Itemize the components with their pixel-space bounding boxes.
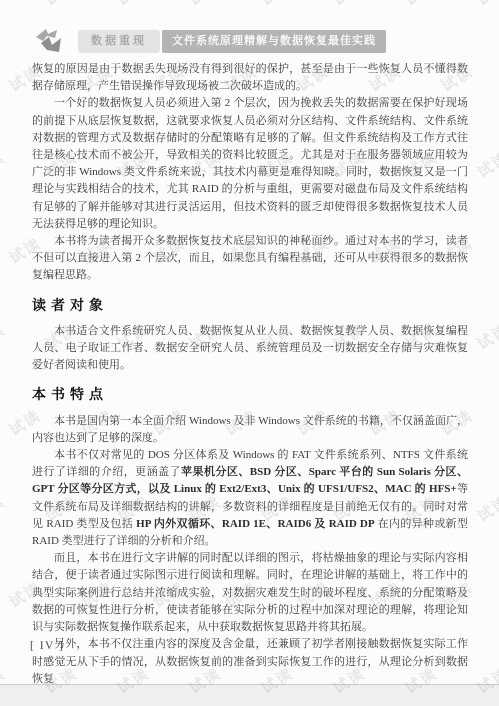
text-run: 恢复的原因是由于数据丢失现场没有得到很好的保护，甚至是由于一些恢复人员不懂得数据… [32, 63, 468, 92]
paragraph: 一个好的数据恢复人员必须进入第 2 个层次，因为挽救丢失的数据需要在保护好现场的… [32, 95, 468, 233]
watermark-text: 试读 [0, 0, 9, 10]
text-run: 而且，本书在进行文字讲解的同时配以详细的图示，将枯燥抽象的理论与实际内容相结合，… [32, 552, 468, 633]
paragraph: 本书不仅对常见的 DOS 分区体系及 Windows 的 FAT 文件系统系列、… [32, 447, 468, 550]
section-heading: 读者对象 [32, 298, 468, 315]
text-run: 一个好的数据恢复人员必须进入第 2 个层次，因为挽救丢失的数据需要在保护好现场的… [32, 97, 468, 229]
brand-logo-icon [34, 26, 66, 56]
bold-text-run: HP 内外双循环、RAID 1E、RAID6 及 RAID DP [136, 518, 374, 530]
paragraph: 而且，本书在进行文字讲解的同时配以详细的图示，将枯燥抽象的理论与实际内容相结合，… [32, 550, 468, 636]
watermark-text: 试读 [0, 147, 9, 183]
watermark-text: 试读 [0, 319, 9, 355]
text-run: 本书是国内第一本全面介绍 Windows 及非 Windows 文件系统的书籍，… [32, 415, 468, 444]
watermark-text: 试读 [401, 0, 441, 10]
page-content: 恢复的原因是由于数据丢失现场没有得到很好的保护，甚至是由于一些恢复人员不懂得数据… [32, 61, 468, 688]
watermark-text: 试读 [473, 319, 499, 355]
paragraph: 恢复的原因是由于数据丢失现场没有得到很好的保护，甚至是由于一些恢复人员不懂得数据… [32, 61, 468, 95]
watermark-text: 试读 [257, 0, 297, 10]
page-footer: [ IV ] [30, 640, 64, 652]
section-heading: 本书特点 [32, 387, 468, 404]
watermark-text: 试读 [473, 0, 499, 10]
text-run: 本书适合文件系统研究人员、数据恢复从业人员、数据恢复教学人员、数据恢复编程人员、… [32, 325, 468, 371]
book-title-badge: 文件系统原理精解与数据恢复最佳实践 [162, 30, 386, 53]
text-run: 本书将为读者揭开众多数据恢复技术底层知识的神秘面纱。通过对本书的学习，读者不但可… [32, 235, 468, 281]
brand-name-badge: 数据重现 [78, 30, 160, 53]
page-number: [ IV ] [30, 640, 64, 652]
watermark-text: 试读 [473, 491, 499, 527]
watermark-text: 试读 [473, 147, 499, 183]
paragraph: 本书将为读者揭开众多数据恢复技术底层知识的神秘面纱。通过对本书的学习，读者不但可… [32, 233, 468, 285]
watermark-text: 试读 [41, 0, 81, 10]
paragraph: 本书适合文件系统研究人员、数据恢复从业人员、数据恢复教学人员、数据恢复编程人员、… [32, 323, 468, 375]
document-page: 试读试读试读试读试读试读试读试读试读试读试读试读试读试读试读试读试读试读试读试读… [0, 0, 499, 706]
page-header: 数据重现 文件系统原理精解与数据恢复最佳实践 [34, 26, 386, 56]
paragraph: 另外，本书不仅注重内容的深度及含金量，还兼顾了初学者刚接触数据恢复实际工作时感觉… [32, 636, 468, 688]
watermark-text: 试读 [185, 0, 225, 10]
text-run: 另外，本书不仅注重内容的深度及含金量，还兼顾了初学者刚接触数据恢复实际工作时感觉… [32, 638, 468, 684]
watermark-text: 试读 [329, 0, 369, 10]
paragraph: 本书是国内第一本全面介绍 Windows 及非 Windows 文件系统的书籍，… [32, 413, 468, 447]
watermark-text: 试读 [0, 491, 9, 527]
watermark-text: 试读 [113, 0, 153, 10]
